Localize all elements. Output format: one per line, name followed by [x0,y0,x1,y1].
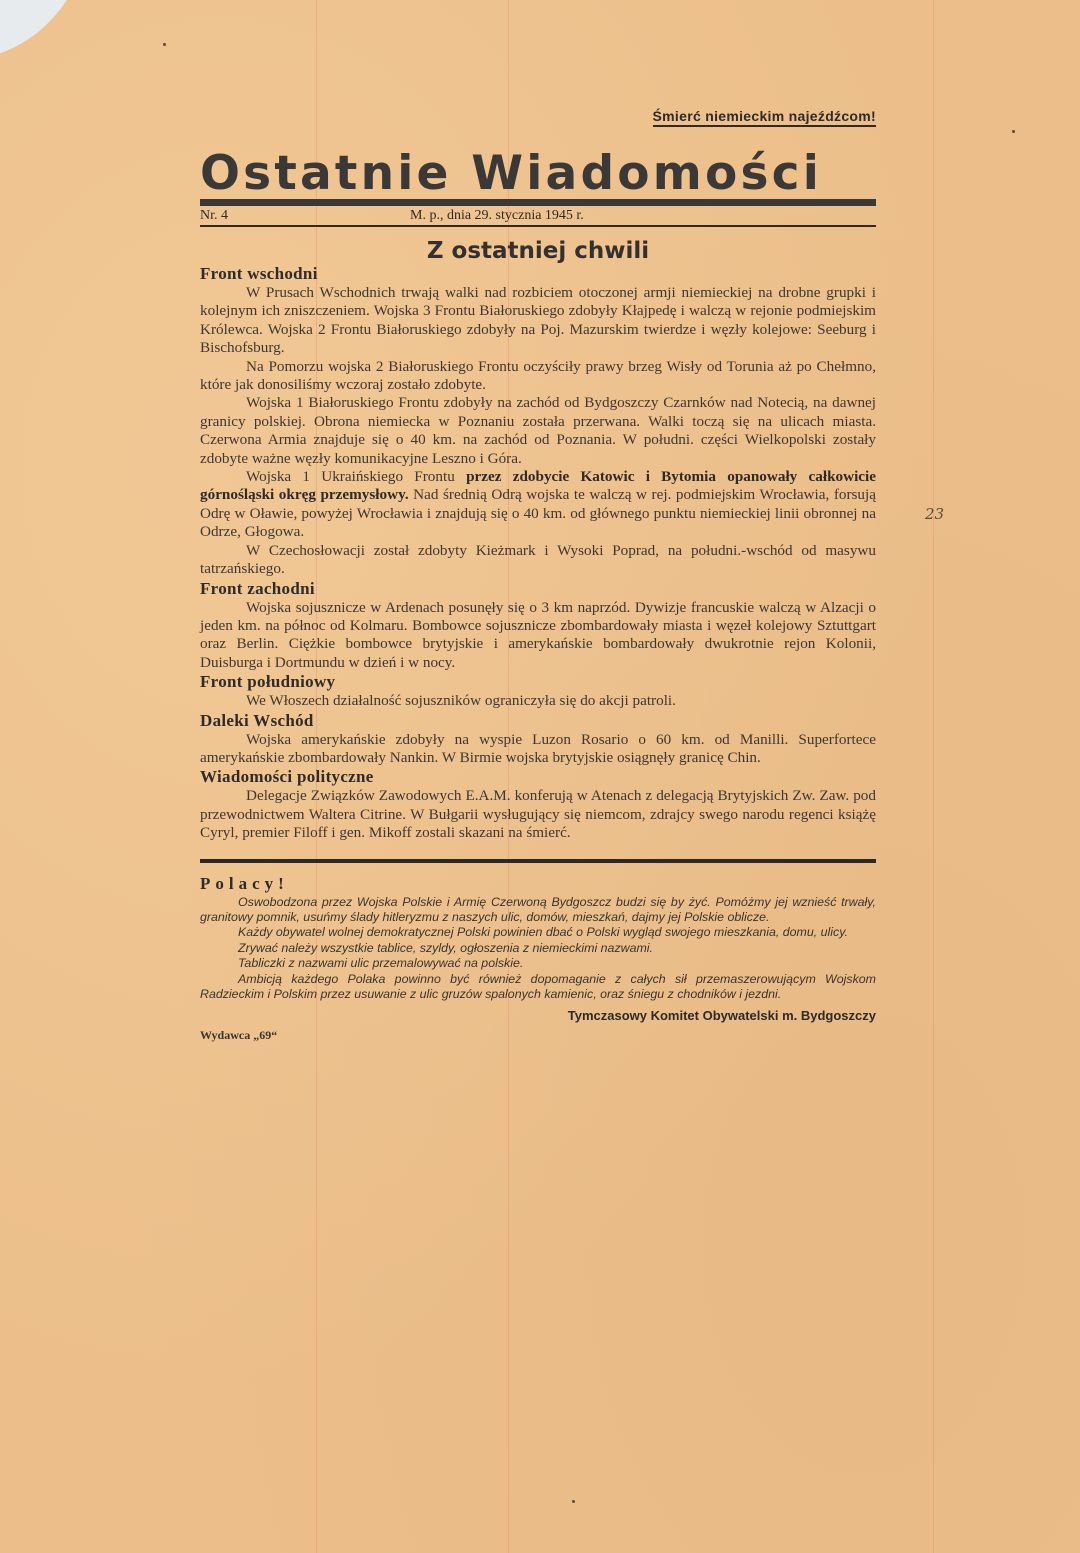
appeal-paragraph: Oswobodzona przez Wojska Polskie i Armię… [200,895,876,926]
appeal-paragraph: Zrywać należy wszystkie tablice, szyldy,… [200,941,876,956]
article-paragraph: Wojska sojusznicze w Ardenach posunęły s… [200,599,876,673]
section-title: Z ostatniej chwili [200,238,876,264]
section-heading: Daleki Wschód [200,711,876,731]
newspaper-page: 23 Śmierć niemieckim najeźdźcom! Ostatni… [0,0,1080,1553]
section-front-poludniowy: Front południowy We Włoszech działalność… [200,672,876,710]
appeal-box: Polacy! Oswobodzona przez Wojska Polskie… [200,873,876,1025]
slogan: Śmierć niemieckim najeźdźcom! [653,108,876,127]
section-front-wschodni: Front wschodni W Prusach Wschodnich trwa… [200,264,876,579]
section-divider [200,859,876,863]
dateline: M. p., dnia 29. stycznia 1945 r. [410,207,584,225]
section-heading: Front południowy [200,672,876,692]
paper-speck [163,43,166,46]
article-paragraph: Wojska 1 Białoruskiego Frontu zdobyły na… [200,394,876,468]
appeal-signature: Tymczasowy Komitet Obywatelski m. Bydgos… [200,1008,876,1024]
appeal-paragraph: Każdy obywatel wolnej demokratycznej Pol… [200,925,876,940]
paragraph-lead: Wojska 1 Ukraińskiego Frontu [246,468,466,485]
publisher-line: Wydawca „69“ [200,1028,876,1043]
section-daleki-wschod: Daleki Wschód Wojska amerykańskie zdobył… [200,711,876,768]
appeal-paragraph: Tabliczki z nazwami ulic przemalowywać n… [200,956,876,971]
issue-line: Nr. 4 M. p., dnia 29. stycznia 1945 r. [200,207,876,225]
section-heading: Wiadomości polityczne [200,767,876,787]
article-paragraph: Wojska 1 Ukraińskiego Frontu przez zdoby… [200,468,876,542]
paper-speck [572,1500,575,1503]
article-paragraph: Wojska amerykańskie zdobyły na wyspie Lu… [200,731,876,768]
masthead-title: Ostatnie Wiadomości [200,152,876,196]
issue-rule [200,225,876,227]
appeal-paragraph: Ambicją każdego Polaka powinno być równi… [200,972,876,1003]
article-paragraph: Delegacje Związków Zawodowych E.A.M. kon… [200,787,876,842]
section-wiadomosci-polityczne: Wiadomości polityczne Delegacje Związków… [200,767,876,842]
handwritten-margin-note: 23 [925,505,944,523]
issue-number: Nr. 4 [200,207,410,225]
slogan-wrap: Śmierć niemieckim najeźdźcom! [200,100,876,128]
paper-speck [1012,130,1015,133]
fold-line [933,0,934,1553]
section-heading: Front wschodni [200,264,876,284]
section-heading: Front zachodni [200,579,876,599]
article-paragraph: We Włoszech działalność sojuszników ogra… [200,692,876,710]
appeal-title: Polacy! [200,873,876,895]
torn-corner [0,0,90,60]
article-paragraph: W Czechosłowacji został zdobyty Kieżmark… [200,542,876,579]
newspaper-content: Śmierć niemieckim najeźdźcom! Ostatnie W… [200,100,876,1043]
section-front-zachodni: Front zachodni Wojska sojusznicze w Arde… [200,579,876,673]
article-paragraph: W Prusach Wschodnich trwają walki nad ro… [200,284,876,358]
article-paragraph: Na Pomorzu wojska 2 Białoruskiego Frontu… [200,358,876,395]
